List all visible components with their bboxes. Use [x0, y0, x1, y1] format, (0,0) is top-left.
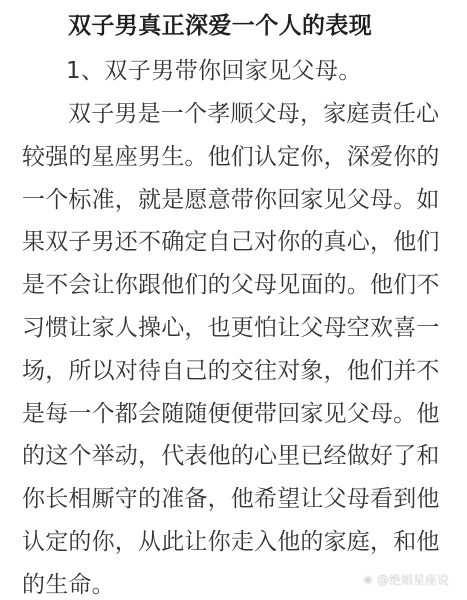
body-line: 习惯让家人操心，也更怕让父母空欢喜一 — [22, 307, 446, 350]
body-line: 双子男是一个孝顺父母，家庭责任心 — [22, 93, 446, 136]
watermark: ❀ @绝姐星座说 — [363, 571, 449, 588]
paw-icon: ❀ — [363, 573, 373, 587]
body-line: 较强的星座男生。他们认定你，深爱你的 — [22, 136, 446, 179]
document-page: 双子男真正深爱一个人的表现 1、双子男带你回家见父母。 双子男是一个孝顺父母，家… — [0, 0, 467, 600]
body-line: 是不会让你跟他们的父母见面的。他们不 — [22, 264, 446, 307]
article-title: 双子男真正深爱一个人的表现 — [68, 11, 372, 41]
watermark-text: @绝姐星座说 — [377, 571, 449, 588]
body-line: 你长相厮守的准备，他希望让父母看到他 — [22, 478, 446, 521]
body-line: 是每一个都会随随便便带回家见父母。他 — [22, 393, 446, 436]
body-line: 一个标准，就是愿意带你回家见父母。如 — [22, 179, 446, 222]
body-paragraph: 双子男是一个孝顺父母，家庭责任心 较强的星座男生。他们认定你，深爱你的 一个标准… — [22, 93, 446, 600]
body-line: 场，所以对待自己的交往对象，他们并不 — [22, 350, 446, 393]
body-line: 的这个举动，代表他的心里已经做好了和 — [22, 435, 446, 478]
body-line: 认定的你，从此让你走入他的家庭，和他 — [22, 521, 446, 564]
body-line: 果双子男还不确定自己对你的真心，他们 — [22, 221, 446, 264]
section-heading: 1、双子男带你回家见父母。 — [66, 55, 362, 87]
